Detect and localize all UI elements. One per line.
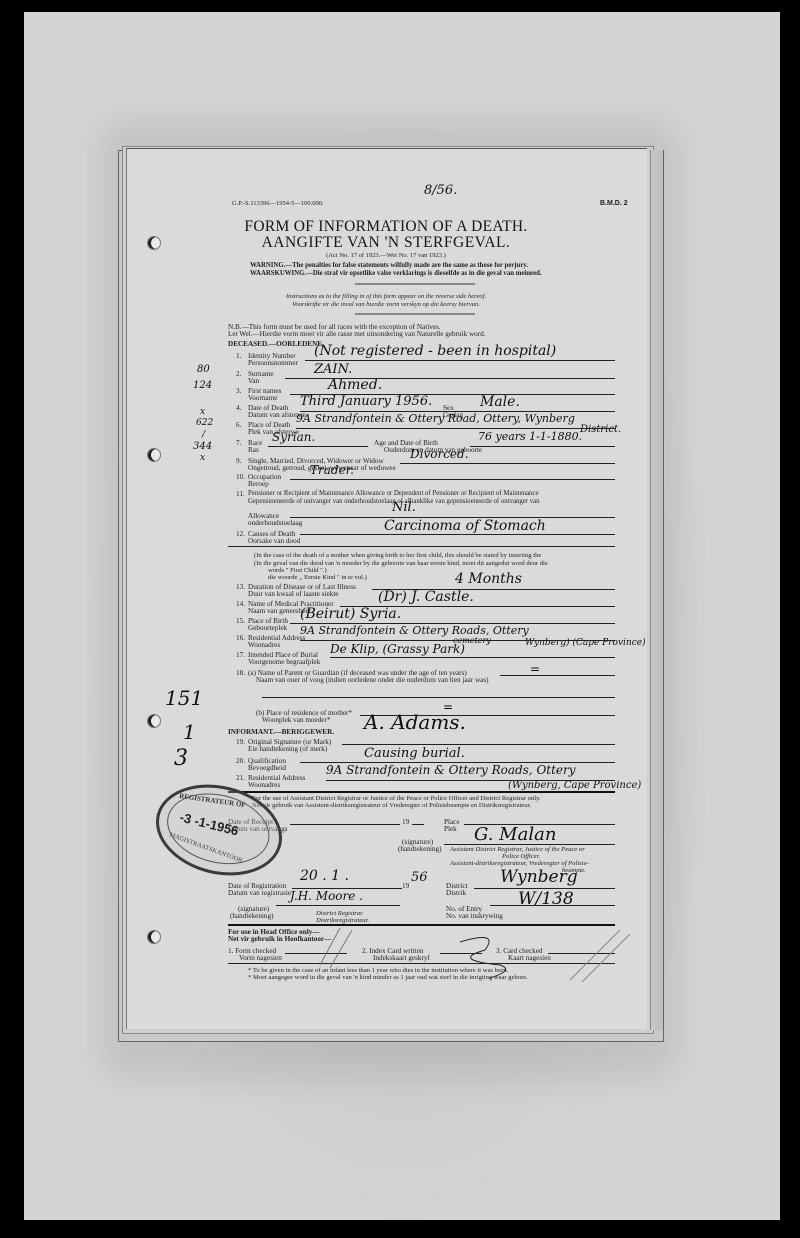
assistant-registrar-signature: G. Malan	[474, 824, 556, 845]
warning-english: WARNING.—The penalties for false stateme…	[250, 262, 528, 270]
margin-note: 344	[193, 441, 212, 452]
field-label-af: Plek	[444, 825, 457, 833]
place-of-birth-value: (Beirut) Syria.	[300, 606, 401, 622]
causes-of-death-value: Carcinoma of Stomach	[384, 518, 546, 534]
year-prefix: 19	[402, 882, 409, 890]
sex-value: Male.	[480, 394, 520, 410]
field-number: 21.	[236, 774, 245, 782]
field-number: 19.	[236, 738, 245, 746]
divider	[355, 313, 475, 315]
registrar-note-afrikaans: Net vir gebruik van Assistent-distriksre…	[252, 802, 531, 810]
form-code: B.M.D. 2	[600, 200, 628, 208]
field-number: 12.	[236, 530, 245, 538]
place-of-death-value: 9A Strandfontein & Ottery Road, Ottery, …	[296, 412, 575, 425]
first-names-value: Ahmed.	[328, 377, 382, 393]
field-label-af: Eie handtekening (of merk)	[248, 745, 327, 753]
field-label-af: Oorsake van dood	[248, 537, 300, 545]
note-afrikaans: Let Wel.—Hierdie vorm moet vir alle rass…	[228, 330, 486, 338]
field-number: 13.	[236, 583, 245, 591]
field-line	[326, 780, 615, 781]
field-line	[290, 824, 400, 825]
field-label-af: Geboorteplek	[248, 624, 287, 632]
informant-heading: INFORMANT.—BERIGGEWER.	[228, 728, 334, 736]
field-line	[262, 697, 615, 698]
field-label-af: Woonadres	[248, 641, 280, 649]
pencil-check-marks	[300, 920, 640, 990]
field-line	[296, 428, 615, 429]
field-line	[300, 534, 615, 535]
margin-note: x	[200, 453, 205, 463]
field-label-af: Distrik	[446, 889, 466, 897]
entry-number-value: W/138	[518, 889, 574, 909]
burial-place-value: De Klip, (Grassy Park)	[330, 642, 465, 656]
field-line	[290, 479, 615, 480]
field-number: 18.	[236, 669, 245, 677]
mother-note-english: (In the case of the death of a mother wh…	[254, 552, 541, 560]
surname-value: ZAIN.	[314, 362, 352, 377]
field-number: 17.	[236, 651, 245, 659]
field-line	[330, 657, 615, 658]
marital-status-value: Divorced.	[410, 447, 469, 461]
field-line	[400, 463, 615, 464]
print-code: G.P.-S.113396—1954-5—100.000.	[232, 200, 324, 208]
field-line	[444, 844, 615, 845]
margin-note: 124	[193, 380, 212, 391]
field-number: 7.	[236, 439, 241, 447]
field-number: 4.	[236, 404, 241, 412]
field-number: 9.	[236, 457, 241, 465]
field-line	[305, 360, 615, 361]
field-label-af: Voorname	[248, 394, 277, 402]
field-line	[342, 744, 615, 745]
field-line	[268, 446, 368, 447]
field-line	[228, 546, 615, 547]
section-divider	[228, 791, 615, 793]
margin-note: 3	[174, 746, 188, 771]
margin-note: x	[200, 407, 205, 417]
form-title-afrikaans: AANGIFTE VAN 'N STERFGEVAL.	[126, 234, 646, 252]
margin-note: 1	[183, 720, 196, 744]
field-number: 10.	[236, 473, 245, 481]
field-number: 16.	[236, 634, 245, 642]
parent-guardian-value: =	[530, 662, 540, 676]
file-reference: 8/56.	[424, 183, 457, 198]
field-line	[470, 446, 615, 447]
form-checked-label-af: Vorm nagesien	[239, 954, 282, 962]
field-number: 11.	[236, 490, 245, 498]
margin-note: 622	[196, 418, 213, 428]
field-label-af: Woonadres	[248, 781, 280, 789]
field-line	[276, 905, 400, 906]
act-reference: (Act No. 17 of 1923.—Wet No. 17 van 1923…	[126, 252, 646, 260]
punch-hole-icon	[147, 714, 161, 728]
instructions-afrikaans: Voorskrifte vir die invul van hierdie vo…	[126, 301, 646, 309]
field-label-af: Beroep	[248, 480, 269, 488]
field-label-af: Voorgenome begraafplek	[248, 658, 320, 666]
field-label-af: Van	[248, 377, 259, 385]
date-of-death-value: Third January 1956.	[300, 394, 432, 409]
field-label-af: Woonplek van moeder*	[262, 716, 330, 724]
field-label-af: Bevoegdheid	[248, 764, 286, 772]
punch-hole-icon	[147, 448, 161, 462]
field-line	[490, 905, 615, 906]
informant-signature-value: A. Adams.	[364, 710, 466, 734]
field-line	[412, 824, 424, 825]
registration-date-value: 20 . 1 .	[300, 868, 349, 884]
field-label-af: No. van inskrywing	[446, 912, 503, 920]
field-number: 1.	[236, 352, 241, 360]
medical-practitioner-value: (Dr) J. Castle.	[378, 589, 474, 605]
field-label-af: (handtekening)	[398, 845, 442, 853]
year-prefix: 19	[402, 818, 409, 826]
margin-note: 151	[165, 686, 203, 710]
margin-note: 80	[197, 364, 210, 375]
place-of-death-value-2: District.	[580, 424, 621, 435]
field-label-af: (handtekening)	[230, 912, 274, 920]
race-value: Syrian.	[272, 430, 315, 444]
informant-address-value: 9A Strandfontein & Ottery Roads, Ottery	[326, 763, 576, 777]
mother-note-afrikaans-2: die woorde ,, Eerste Kind " in te vul.)	[268, 574, 367, 582]
occupation-value: Trader.	[310, 463, 354, 477]
divider	[355, 283, 475, 285]
field-number: 3.	[236, 387, 241, 395]
duration-value: 4 Months	[455, 571, 522, 587]
registration-year-value: 56	[411, 870, 428, 885]
field-label-pensioner: Pensioner or Recipient of Maintenance Al…	[248, 490, 538, 498]
district-value: Wynberg	[500, 867, 578, 887]
punch-hole-icon	[147, 930, 161, 944]
pensioner-value: Nil.	[392, 500, 416, 515]
field-label-af: Persoonsnommer	[248, 359, 298, 367]
age-dob-value: 76 years 1-1-1880.	[478, 430, 582, 443]
field-label-af: Duur van kwaal of laaste siekte	[248, 590, 338, 598]
field-number: 15.	[236, 617, 245, 625]
field-number: 6.	[236, 421, 241, 429]
field-number: 14.	[236, 600, 245, 608]
field-label-af: Datum van registrasie	[228, 889, 291, 897]
field-label-af: onderhoudstoelaag	[248, 519, 302, 527]
margin-note: /	[202, 430, 205, 440]
page-edges-right	[650, 150, 663, 1030]
deceased-heading: DECEASED.—OORLEDENE.	[228, 340, 324, 348]
field-number: 2.	[236, 370, 241, 378]
informant-address-value-2: (Wynberg, Cape Province)	[508, 780, 641, 791]
field-line	[500, 675, 615, 676]
field-label-af: Naam van ouer of voog (indien oorledene …	[256, 676, 489, 684]
field-label-af: Ras	[248, 446, 259, 454]
field-number: 20.	[236, 757, 245, 765]
district-registrar-signature: J.H. Moore .	[290, 889, 363, 903]
qualification-value: Causing burial.	[364, 746, 465, 761]
residential-address-value: 9A Strandfontein & Ottery Roads, Ottery	[300, 624, 529, 637]
instructions-english: Instructions as to the filling in of thi…	[126, 293, 646, 301]
identity-number-value: (Not registered - been in hospital)	[314, 343, 556, 359]
warning-afrikaans: WAARSKUWING.—Die straf vir opsetlike val…	[250, 270, 542, 278]
